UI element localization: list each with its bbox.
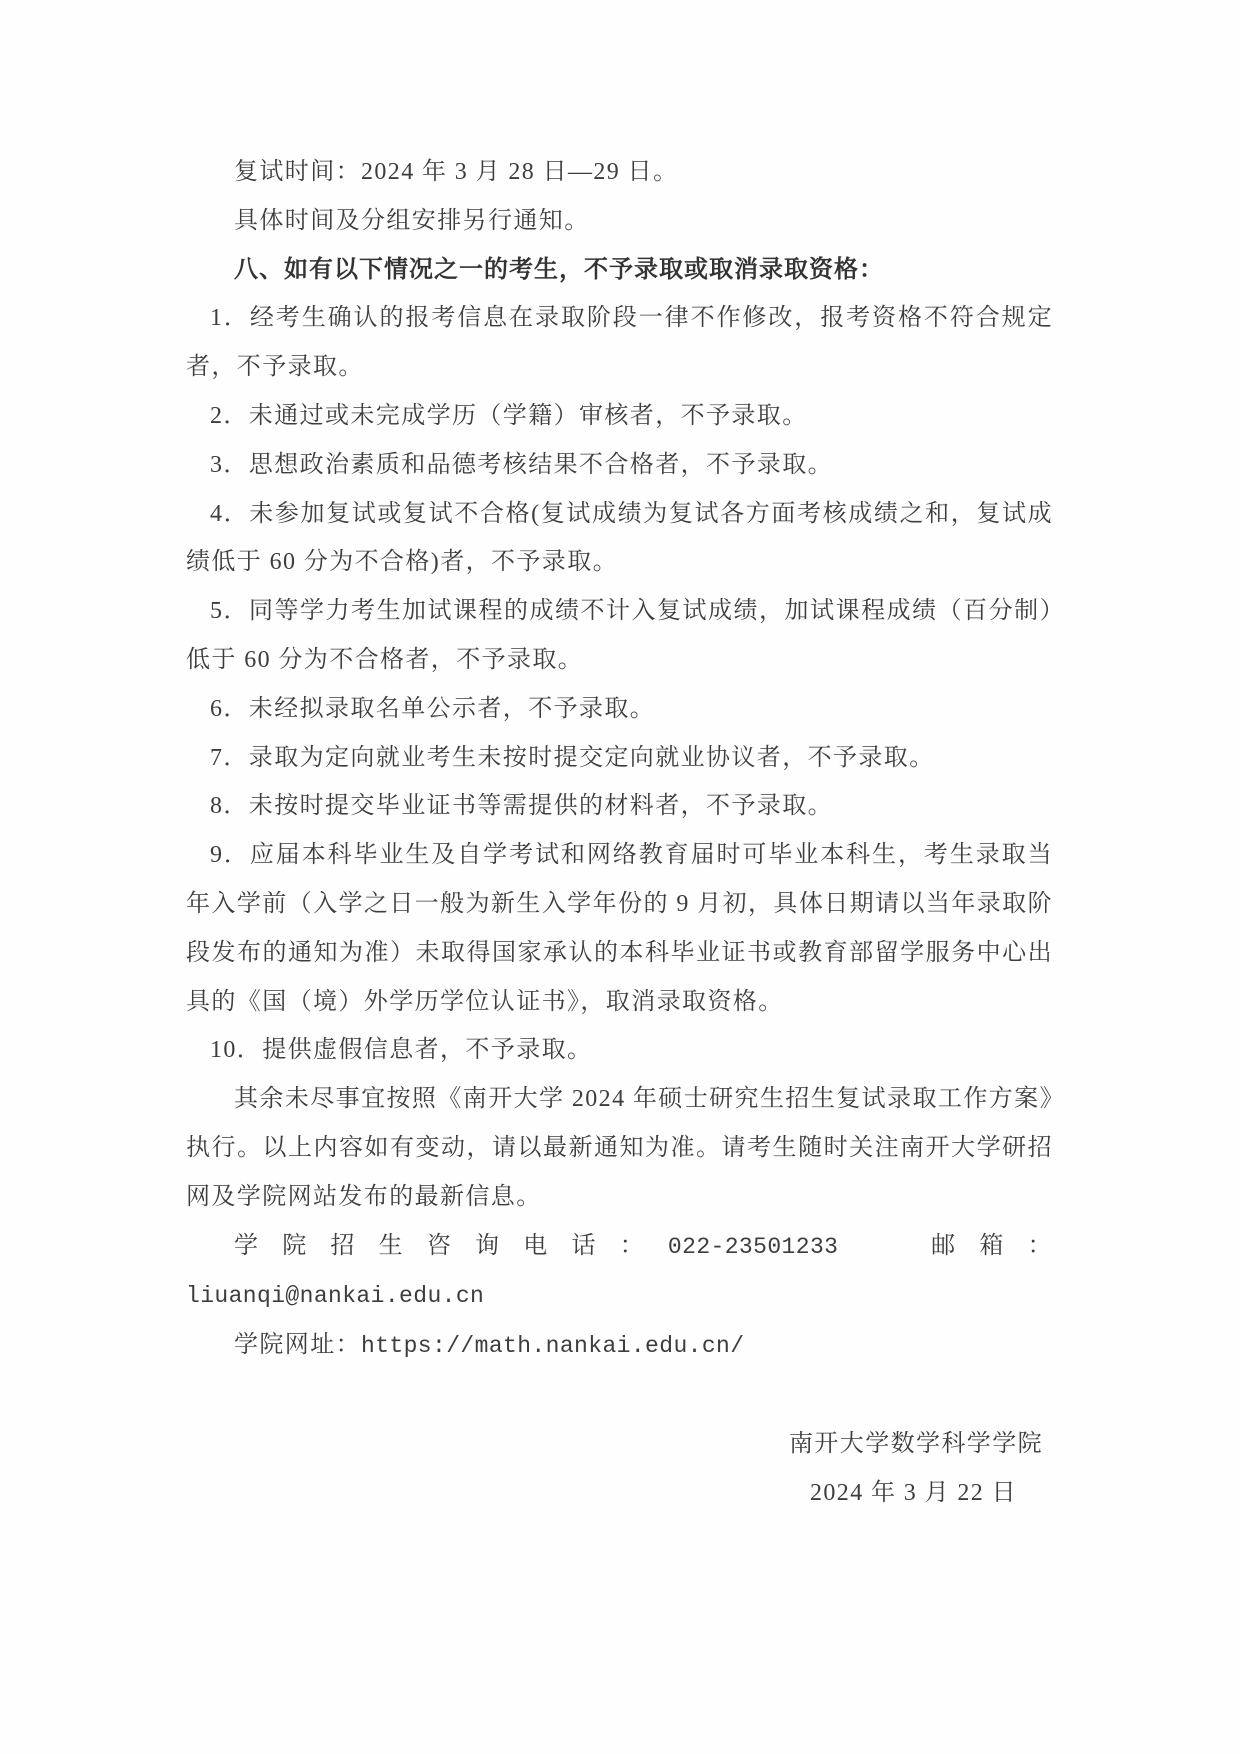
email-address: liuanqi@nankai.edu.cn — [186, 1283, 484, 1309]
website-url: https://math.nankai.edu.cn/ — [361, 1333, 744, 1359]
paragraph-schedule-notice: 具体时间及分组安排另行通知。 — [186, 197, 1053, 246]
phone-number: 022-23501233 — [668, 1234, 838, 1260]
email-label: 邮箱： — [908, 1233, 1053, 1259]
section-heading: 八、如有以下情况之一的考生，不予录取或取消录取资格： — [186, 246, 1053, 295]
website-label: 学院网址： — [234, 1332, 361, 1358]
numbered-item: 3．思想政治素质和品德考核结果不合格者，不予录取。 — [186, 441, 1053, 490]
numbered-item: 6．未经拟录取名单公示者，不予录取。 — [186, 685, 1053, 734]
website-line: 学院网址：https://math.nankai.edu.cn/ — [186, 1321, 1053, 1371]
signature-block: 南开大学数学科学学院 2024 年 3 月 22 日 — [186, 1420, 1053, 1518]
numbered-item: 1．经考生确认的报考信息在录取阶段一律不作修改，报考资格不符合规定者，不予录取。 — [186, 294, 1053, 392]
signature-org: 南开大学数学科学学院 — [186, 1420, 1053, 1469]
document-page: 复试时间：2024 年 3 月 28 日—29 日。 具体时间及分组安排另行通知… — [0, 0, 1240, 1754]
numbered-item: 4．未参加复试或复试不合格(复试成绩为复试各方面考核成绩之和，复试成绩低于 60… — [186, 490, 1053, 588]
numbered-item: 9．应届本科毕业生及自学考试和网络教育届时可毕业本科生，考生录取当年入学前（入学… — [186, 831, 1053, 1026]
numbered-item: 8．未按时提交毕业证书等需提供的材料者，不予录取。 — [186, 782, 1053, 831]
numbered-item: 5．同等学力考生加试课程的成绩不计入复试成绩，加试课程成绩（百分制）低于 60 … — [186, 587, 1053, 685]
numbered-item: 7．录取为定向就业考生未按时提交定向就业协议者，不予录取。 — [186, 734, 1053, 783]
numbered-item: 10．提供虚假信息者，不予录取。 — [186, 1026, 1053, 1075]
paragraph-retest-time: 复试时间：2024 年 3 月 28 日—29 日。 — [186, 148, 1053, 197]
numbered-item: 2．未通过或未完成学历（学籍）审核者，不予录取。 — [186, 392, 1053, 441]
closing-paragraph: 其余未尽事宜按照《南开大学 2024 年硕士研究生招生复试录取工作方案》执行。以… — [186, 1075, 1053, 1221]
signature-date: 2024 年 3 月 22 日 — [186, 1469, 1053, 1518]
contact-line: 学院招生咨询电话：022-23501233邮箱：liuanqi@nankai.e… — [186, 1222, 1053, 1322]
numbered-item-list: 1．经考生确认的报考信息在录取阶段一律不作修改，报考资格不符合规定者，不予录取。… — [186, 294, 1053, 1075]
phone-label: 学院招生咨询电话： — [234, 1233, 668, 1259]
